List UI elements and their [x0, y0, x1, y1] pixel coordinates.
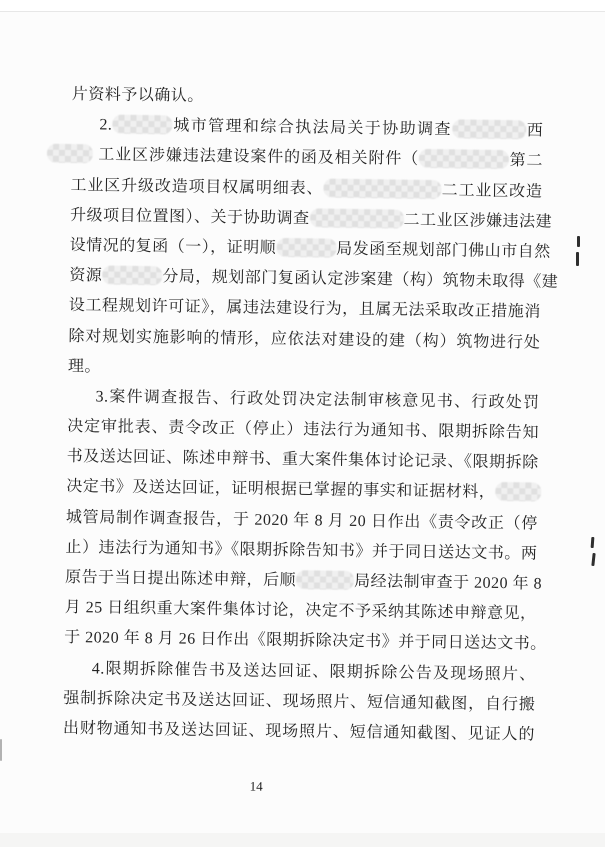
text-run: 二工业区涉嫌违法建	[403, 211, 552, 230]
text-run: 二工业区改造	[441, 182, 542, 200]
text-run: 局经法制审查于 2020 年 8	[354, 573, 542, 593]
redaction-blob	[419, 149, 509, 169]
redaction-blob	[323, 178, 441, 199]
text-run: 西	[526, 123, 544, 140]
text-run: 于 2020 年 8 月 26 日作出《限期拆除决定书》并于同日送达文书。	[64, 629, 547, 653]
text-run: 理。	[68, 358, 101, 375]
text-run: 决定书》及送达回证，证明根据已掌握的事实和证据材料，	[66, 478, 495, 501]
text-run: 城市管理和综合执法局关于协助调查	[172, 118, 452, 139]
page-number: 14	[226, 778, 286, 795]
text-run: 决定审批表、责令改正（停止）违法行为通知书、限期拆除告知	[67, 418, 539, 442]
text-run: 2.	[99, 117, 112, 134]
text-run: 3.案件调查报告、行政处罚决定法制审核意见书、行政处罚	[95, 388, 539, 411]
redaction-blob	[452, 119, 526, 139]
text-run: 月 25 日组织重大案件集体讨论，决定不予采纳其陈述申辩意见，	[65, 599, 537, 623]
text-run: 设情况的复函（一），证明顺	[70, 237, 277, 257]
redaction-blob	[47, 144, 93, 164]
text-run: 升级项目位置图）、关于协助调查	[70, 207, 310, 227]
text-run: 止）违法行为通知书》《限期拆除告知书》并于同日送达文书。两	[65, 539, 537, 563]
redaction-blob	[112, 115, 172, 135]
redaction-blob	[102, 266, 162, 286]
text-run: 原告于当日提出陈述申辩，后顺	[65, 569, 296, 589]
text-run: 片资料予以确认。	[72, 86, 204, 105]
redaction-blob	[495, 482, 541, 502]
redaction-blob	[296, 570, 354, 590]
text-run: 强制拆除决定书及送达回证、现场照片、短信通知截图，自行搬	[63, 690, 535, 714]
text-run: 局发函至规划部门佛山市自然	[336, 241, 551, 261]
text-line: 出财物通知书及送达回证、现场照片、短信通知截图、见证人的	[63, 714, 535, 751]
text-run: 工业区涉嫌违法建设案件的函及相关附件（	[98, 147, 419, 168]
text-run: 出财物通知书及送达回证、现场照片、短信通知截图、见证人的	[63, 720, 535, 744]
document-text-block: 片资料予以确认。2.城市管理和综合执法局关于协助调查西工业区涉嫌违法建设案件的函…	[62, 80, 544, 817]
text-run: 城管局制作调查报告，于 2020 年 8 月 20 日作出《责令改正（停	[66, 509, 538, 533]
redaction-blob	[276, 238, 336, 258]
text-run: 第二	[509, 152, 543, 169]
scan-edge-mark-icon	[576, 252, 579, 266]
text-run: 资源	[69, 267, 102, 284]
text-run: 4.限期拆除催告书及送达回证、限期拆除公告及现场照片、	[92, 660, 536, 683]
text-run: 书及送达回证、陈述申辩书、重大案件集体讨论记录、《限期拆除	[67, 448, 539, 472]
text-run: 除对规划实施影响的情形，应依法对建设的建（构）筑物进行处	[68, 327, 540, 351]
text-run: 分局，规划部门复函认定涉案建（构）筑物未取得《建	[162, 268, 558, 291]
scan-left-edge-artifact	[0, 739, 2, 761]
scan-bottom-edge	[0, 833, 605, 847]
text-run: 设工程规划许可证》，属违法建设行为，且属无法采取改正措施消	[69, 297, 541, 321]
scan-edge-mark-icon	[577, 236, 580, 247]
text-run: 工业区升级改造项目权属明细表、	[70, 177, 323, 198]
redaction-blob	[309, 208, 403, 228]
